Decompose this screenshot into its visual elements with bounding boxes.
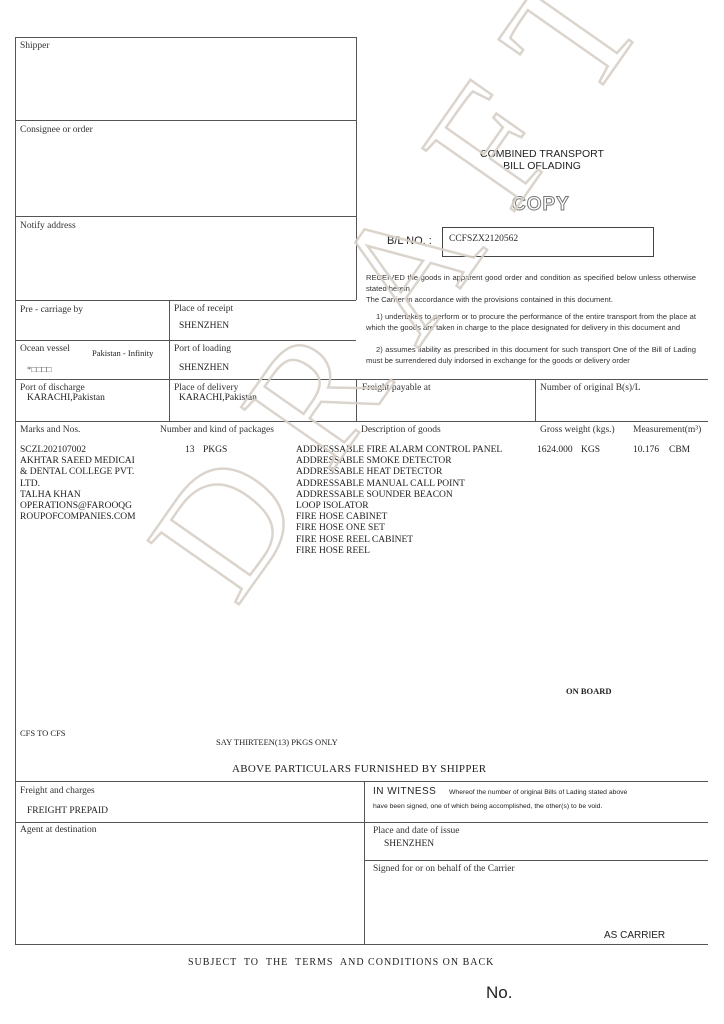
freight-left-divider <box>356 379 357 422</box>
as-carrier: AS CARRIER <box>604 930 665 941</box>
footer-bottom <box>15 944 708 945</box>
parties-right-border <box>356 37 357 300</box>
gross-weight-unit: KGS <box>581 445 600 455</box>
document-title: COMBINED TRANSPORT BILL OFLADING <box>442 148 642 172</box>
port-of-discharge-value[interactable]: KARACHI,Pakistan <box>27 393 105 403</box>
footer-top <box>15 781 708 782</box>
terms-clause2: 2) assumes liability as prescribed in th… <box>366 344 696 366</box>
routing-mid-divider <box>169 300 170 422</box>
gross-weight-header: Gross weight (kgs.) <box>540 425 615 435</box>
terms-received-text: RECEIVED the goods in apparent good orde… <box>366 273 696 293</box>
port-of-loading-value[interactable]: SHENZHEN <box>179 363 229 373</box>
subject-to-terms: SUBJECT TO THE TERMS AND CONDITIONS ON B… <box>188 957 494 968</box>
in-witness-title: IN WITNESS <box>373 786 436 797</box>
terms-clause2-text: 2) assumes liability as prescribed in th… <box>366 345 696 365</box>
freight-payable-label: Freight payable at <box>362 383 431 393</box>
place-of-delivery-label: Place of delivery <box>174 383 238 393</box>
footer-mid-divider <box>364 781 365 945</box>
shipper-divider <box>15 120 356 121</box>
packages-header: Number and kind of packages <box>160 425 274 435</box>
originals-divider <box>535 379 536 422</box>
say-total: SAY THIRTEEN(13) PKGS ONLY <box>216 737 338 747</box>
loading-divider <box>15 379 708 380</box>
description-header: Description of goods <box>361 425 441 435</box>
num-originals-label: Number of original B(s)/L <box>540 383 641 393</box>
gross-weight-value: 1624.000 <box>537 445 573 455</box>
description-item: FIRE HOSE REEL CABINET <box>296 535 502 546</box>
left-border <box>15 37 16 945</box>
description-item: ADDRESSABLE SOUNDER BEACON <box>296 490 502 501</box>
ocean-vessel-label: Ocean vessel <box>20 344 70 354</box>
description-item: ADDRESSABLE FIRE ALARM CONTROL PANEL <box>296 445 502 456</box>
in-witness-text1: Whereof the number of original Bills of … <box>449 789 627 796</box>
number-label: No. <box>486 983 512 1003</box>
bl-no-box[interactable]: CCFSZX2120562 <box>442 227 654 257</box>
place-of-receipt-value[interactable]: SHENZHEN <box>179 321 229 331</box>
measurement-unit: CBM <box>669 445 690 455</box>
consignee-label: Consignee or order <box>20 125 93 135</box>
pre-carriage-label: Pre - carriage by <box>20 305 83 315</box>
document-title-line1: COMBINED TRANSPORT <box>442 148 642 160</box>
consignee-divider <box>15 216 356 217</box>
copy-stamp: COPY <box>512 194 570 216</box>
furnished-by-shipper: ABOVE PARTICULARS FURNISHED BY SHIPPER <box>232 763 486 775</box>
description-item: FIRE HOSE REEL <box>296 546 502 557</box>
service-type: CFS TO CFS <box>20 728 66 738</box>
terms-received: RECEIVED the goods in apparent good orde… <box>366 272 696 294</box>
place-date-divider <box>364 860 708 861</box>
bl-no-value: CCFSZX2120562 <box>449 234 518 244</box>
notify-divider <box>15 300 356 301</box>
description-list: ADDRESSABLE FIRE ALARM CONTROL PANELADDR… <box>296 445 502 557</box>
top-border <box>15 37 356 38</box>
description-item: FIRE HOSE CABINET <box>296 512 502 523</box>
voyage-value[interactable]: *□□□□ <box>27 364 52 374</box>
freight-charges-label: Freight and charges <box>20 786 95 796</box>
place-of-delivery-value[interactable]: KARACHI,Pakistan <box>179 393 257 403</box>
terms-carrier-text: The Carrier in accordance with the provi… <box>366 295 613 304</box>
place-of-receipt-label: Place of receipt <box>174 304 233 314</box>
terms-clause1-text: 1) undertakes to perform or to procure t… <box>366 312 696 332</box>
terms-carrier: The Carrier in accordance with the provi… <box>366 294 696 305</box>
ocean-vessel-value[interactable]: Pakistan - Infinity <box>92 348 153 358</box>
in-witness-text2: have been signed, one of which being acc… <box>373 803 602 810</box>
marks-header: Marks and Nos. <box>20 425 80 435</box>
freight-charges-divider <box>15 822 708 823</box>
place-date-label: Place and date of issue <box>373 826 460 836</box>
measurement-header: Measurement(m³) <box>633 425 701 435</box>
shipper-label: Shipper <box>20 41 50 51</box>
marks-value: SCZL202107002 AKHTAR SAEED MEDICAI & DEN… <box>20 445 136 523</box>
on-board-stamp: ON BOARD <box>566 686 612 696</box>
receipt-divider <box>15 340 356 341</box>
bl-no-label: B/L NO. : <box>387 235 432 247</box>
description-item: ADDRESSABLE MANUAL CALL POINT <box>296 479 502 490</box>
terms-clause1: 1) undertakes to perform or to procure t… <box>366 311 696 333</box>
routing-bottom <box>15 421 708 422</box>
description-item: ADDRESSABLE SMOKE DETECTOR <box>296 456 502 467</box>
freight-charges-value[interactable]: FREIGHT PREPAID <box>27 806 108 816</box>
description-item: FIRE HOSE ONE SET <box>296 523 502 534</box>
document-title-line2: BILL OFLADING <box>442 160 642 172</box>
packages-unit: PKGS <box>203 445 227 455</box>
packages-count: 13 <box>185 445 195 455</box>
measurement-value: 10.176 <box>633 445 659 455</box>
notify-label: Notify address <box>20 221 76 231</box>
place-date-value[interactable]: SHENZHEN <box>384 839 434 849</box>
agent-label: Agent at destination <box>20 825 97 835</box>
port-of-discharge-label: Port of discharge <box>20 383 85 393</box>
description-item: LOOP ISOLATOR <box>296 501 502 512</box>
signed-label: Signed for or on behalf of the Carrier <box>373 864 515 874</box>
port-of-loading-label: Port of loading <box>174 344 231 354</box>
description-item: ADDRESSABLE HEAT DETECTOR <box>296 467 502 478</box>
